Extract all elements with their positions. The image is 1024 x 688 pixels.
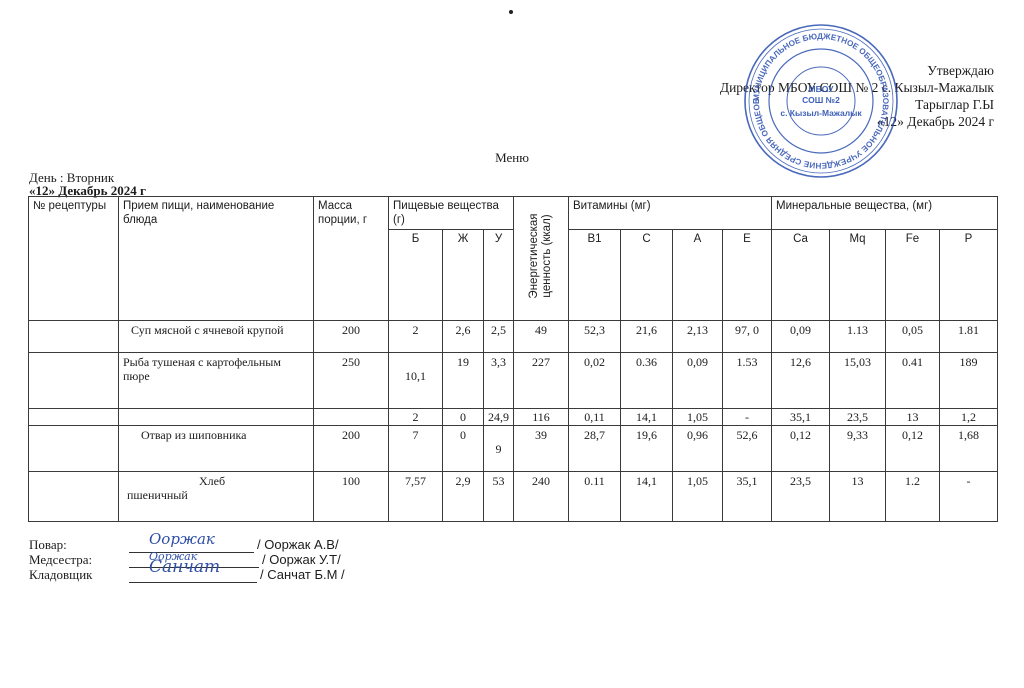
handwritten-signature: Ооржак <box>149 532 215 546</box>
cell-dish: Отвар из шиповника <box>119 426 314 472</box>
cell-dish: Рыба тушеная с картофельным пюре <box>119 353 314 409</box>
header-vitamins: Витамины (мг) <box>569 197 772 230</box>
cell-mass: 250 <box>314 353 389 409</box>
signature-role: Медсестра: <box>29 553 129 568</box>
signature-line: Санчат <box>129 568 257 583</box>
header-energy-text: Энергетическая ценность (ккал) <box>528 196 554 316</box>
cell-a: 2,13 <box>673 321 723 353</box>
cell-b1: 0,11 <box>569 409 621 426</box>
document-title: Меню <box>0 150 1024 166</box>
subheader-c: C <box>621 230 673 321</box>
cell-protein: 2 <box>389 321 443 353</box>
cell-p: - <box>940 472 998 522</box>
cell-fat: 19 <box>443 353 484 409</box>
handwritten-signature: Санчат <box>149 560 220 574</box>
cell-ca: 0,12 <box>772 426 830 472</box>
subheader-carbs: У <box>484 230 514 321</box>
signature-role: Повар: <box>29 538 129 553</box>
cell-ca: 12,6 <box>772 353 830 409</box>
cell-dish <box>119 409 314 426</box>
cell-fe: 0,12 <box>886 426 940 472</box>
subheader-fe: Fe <box>886 230 940 321</box>
cell-e: 97, 0 <box>723 321 772 353</box>
cell-a: 0,96 <box>673 426 723 472</box>
signature-row-storekeeper: Кладовщик Санчат / Санчат Б.М / <box>29 568 345 583</box>
signature-name: / Санчат Б.М / <box>260 568 345 583</box>
cell-mg: 23,5 <box>830 409 886 426</box>
cell-protein: 7,57 <box>389 472 443 522</box>
header-energy: Энергетическая ценность (ккал) <box>514 197 569 321</box>
cell-fat: 2,9 <box>443 472 484 522</box>
cell-c: 0.36 <box>621 353 673 409</box>
cell-b1: 52,3 <box>569 321 621 353</box>
header-dish: Прием пищи, наименование блюда <box>119 197 314 321</box>
cell-carbs: 24,9 <box>484 409 514 426</box>
cell-b1: 0.11 <box>569 472 621 522</box>
cell-protein: 2 <box>389 409 443 426</box>
cell-ca: 23,5 <box>772 472 830 522</box>
cell-fe: 0.41 <box>886 353 940 409</box>
cell-p: 1,68 <box>940 426 998 472</box>
cell-ca: 0,09 <box>772 321 830 353</box>
cell-carbs: 3,3 <box>484 353 514 409</box>
cell-b1: 28,7 <box>569 426 621 472</box>
table-row: Рыба тушеная с картофельным пюре 250 10,… <box>29 353 998 409</box>
stamp-center-3: с. Кызыл-Мажалык <box>780 108 862 118</box>
table-row: Отвар из шиповника 200 7 0 9 39 28,7 19,… <box>29 426 998 472</box>
cell-mass: 200 <box>314 426 389 472</box>
cell-energy: 39 <box>514 426 569 472</box>
header-nutrients: Пищевые вещества (г) <box>389 197 514 230</box>
cell-mg: 13 <box>830 472 886 522</box>
cell-protein: 7 <box>389 426 443 472</box>
cell-protein: 10,1 <box>389 353 443 409</box>
cell-mass: 200 <box>314 321 389 353</box>
cell-dish-line-1: Хлеб <box>127 474 309 488</box>
cell-recipe-no <box>29 353 119 409</box>
subheader-p: P <box>940 230 998 321</box>
header-mass: Масса порции, г <box>314 197 389 321</box>
subheader-fat: Ж <box>443 230 484 321</box>
subheader-b1: B1 <box>569 230 621 321</box>
header-recipe-no: № рецептуры <box>29 197 119 321</box>
cell-dish: Суп мясной с ячневой крупой <box>119 321 314 353</box>
cell-c: 14,1 <box>621 409 673 426</box>
subheader-protein: Б <box>389 230 443 321</box>
cell-energy: 240 <box>514 472 569 522</box>
subheader-e: E <box>723 230 772 321</box>
cell-p: 1,2 <box>940 409 998 426</box>
stamp-center-1: МБОУ <box>809 84 835 94</box>
cell-e: 35,1 <box>723 472 772 522</box>
cell-mg: 9,33 <box>830 426 886 472</box>
cell-fat: 0 <box>443 426 484 472</box>
cell-p: 189 <box>940 353 998 409</box>
stamp-center-2: СОШ №2 <box>802 95 840 105</box>
cell-c: 19,6 <box>621 426 673 472</box>
table-row: 2 0 24,9 116 0,11 14,1 1,05 - 35,1 23,5 … <box>29 409 998 426</box>
cell-mg: 1.13 <box>830 321 886 353</box>
cell-c: 21,6 <box>621 321 673 353</box>
stray-dot <box>509 10 513 14</box>
cell-e: 1.53 <box>723 353 772 409</box>
cell-c: 14,1 <box>621 472 673 522</box>
header-minerals: Минеральные вещества, (мг) <box>772 197 998 230</box>
cell-a: 1,05 <box>673 472 723 522</box>
cell-a: 1,05 <box>673 409 723 426</box>
cell-mg: 15,03 <box>830 353 886 409</box>
signature-role: Кладовщик <box>29 568 129 583</box>
table-row: Хлеб пшеничный 100 7,57 2,9 53 240 0.11 … <box>29 472 998 522</box>
cell-carbs: 53 <box>484 472 514 522</box>
subheader-ca: Ca <box>772 230 830 321</box>
cell-recipe-no <box>29 409 119 426</box>
cell-carbs: 9 <box>484 426 514 472</box>
cell-fat: 2,6 <box>443 321 484 353</box>
cell-dish: Хлеб пшеничный <box>119 472 314 522</box>
cell-recipe-no <box>29 472 119 522</box>
cell-mass <box>314 409 389 426</box>
cell-recipe-no <box>29 321 119 353</box>
cell-a: 0,09 <box>673 353 723 409</box>
signature-name: / Ооржак У.Т/ <box>262 553 341 568</box>
cell-energy: 227 <box>514 353 569 409</box>
cell-ca: 35,1 <box>772 409 830 426</box>
menu-table: № рецептуры Прием пищи, наименование блю… <box>28 196 998 522</box>
cell-fe: 13 <box>886 409 940 426</box>
cell-p: 1.81 <box>940 321 998 353</box>
table-row: Суп мясной с ячневой крупой 200 2 2,6 2,… <box>29 321 998 353</box>
cell-fe: 1.2 <box>886 472 940 522</box>
subheader-mg: Mq <box>830 230 886 321</box>
cell-e: 52,6 <box>723 426 772 472</box>
cell-energy: 116 <box>514 409 569 426</box>
subheader-a: A <box>673 230 723 321</box>
signature-name: / Ооржак А.В/ <box>257 538 339 553</box>
cell-recipe-no <box>29 426 119 472</box>
cell-b1: 0,02 <box>569 353 621 409</box>
cell-fe: 0,05 <box>886 321 940 353</box>
signatures-block: Повар: Ооржак / Ооржак А.В/ Медсестра: О… <box>29 538 345 583</box>
cell-energy: 49 <box>514 321 569 353</box>
cell-fat: 0 <box>443 409 484 426</box>
cell-carbs: 2,5 <box>484 321 514 353</box>
cell-e: - <box>723 409 772 426</box>
cell-dish-line-2: пшеничный <box>127 488 309 502</box>
cell-mass: 100 <box>314 472 389 522</box>
